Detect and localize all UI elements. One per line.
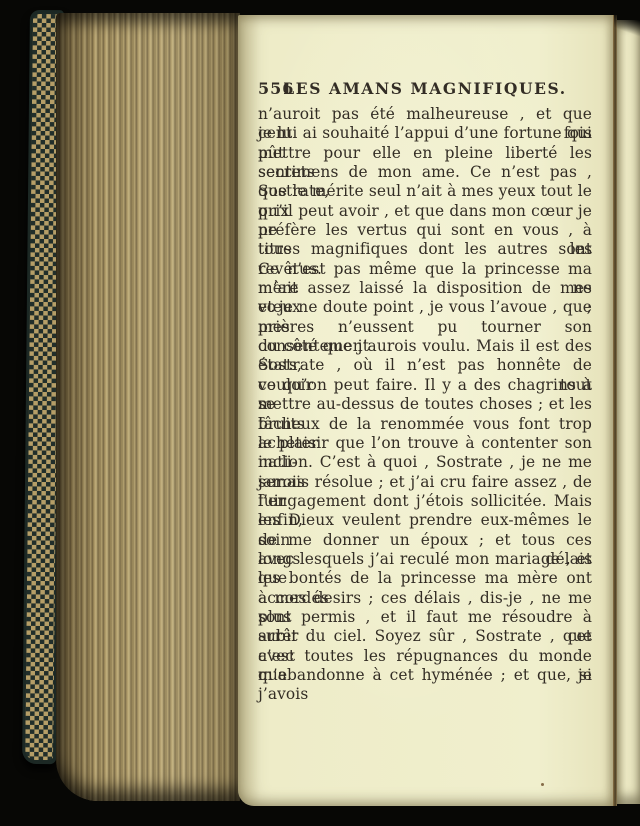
text-line: sentimens de mon ame. Ce n’est pas , Sos… bbox=[258, 163, 592, 182]
text-line: prières n’eussent pu tourner son consent… bbox=[258, 318, 592, 337]
text-line: Ce n’est pas même que la princesse ma mè… bbox=[258, 260, 592, 279]
text-line: m’abandonne à cet hyménée ; et que, si j… bbox=[258, 666, 592, 685]
text-line: le plaisir que l’on trouve à contenter s… bbox=[258, 434, 592, 453]
top-right-shadow bbox=[614, 0, 640, 42]
text-line: je lui ai souhaité l’appui d’une fortune… bbox=[258, 124, 592, 143]
text-line: m’ait assez laissé la disposition de mes… bbox=[258, 279, 592, 298]
text-line: de me donner un époux ; et tous ces long… bbox=[258, 531, 592, 550]
scan-speck bbox=[541, 783, 544, 786]
text-line: fâcheux de la renommée vous font trop ac… bbox=[258, 415, 592, 434]
running-header: 556 LES AMANS MAGNIFIQUES. bbox=[258, 79, 592, 101]
text-line: et je ne doute point , je vous l’avoue ,… bbox=[258, 298, 592, 317]
text-line: mettre pour elle en pleine liberté les s… bbox=[258, 144, 592, 163]
text-line: jamais résolue ; et j’ai cru faire assez… bbox=[258, 473, 592, 492]
scan-background: 556 LES AMANS MAGNIFIQUES. n’auroit pas … bbox=[0, 0, 640, 826]
text-line: l’engagement dont j’étois sollicitée. Ma… bbox=[258, 492, 592, 511]
text-line: titres magnifiques dont les autres sont … bbox=[258, 240, 592, 259]
text-line: Sostrate , où il n’est pas honnête de vo… bbox=[258, 356, 592, 375]
text-line: à mes desirs ; ces délais , dis-je , ne … bbox=[258, 589, 592, 608]
text-line: mettre au-dessus de toutes choses ; et l… bbox=[258, 395, 592, 414]
text-line: qu’il peut avoir , et que dans mon cœur … bbox=[258, 202, 592, 221]
text-line: les Dieux veulent prendre eux-mêmes le s… bbox=[258, 511, 592, 530]
text-line: du côté que j’aurois voulu. Mais il est … bbox=[258, 337, 592, 356]
text-line: avec lesquels j’ai reculé mon mariage , … bbox=[258, 550, 592, 569]
body-text: n’auroit pas été malheureuse , et que ce… bbox=[258, 105, 592, 685]
text-line: que le mérite seul n’ait à mes yeux tout… bbox=[258, 182, 592, 201]
text-line: n’auroit pas été malheureuse , et que ce… bbox=[258, 105, 592, 124]
facing-page-edge bbox=[617, 20, 640, 804]
text-line: préfère les vertus qui sont en vous , à … bbox=[258, 221, 592, 240]
text-line: arrêt du ciel. Soyez sûr , Sostrate , qu… bbox=[258, 627, 592, 646]
text-line: les bontés de la princesse ma mère ont a… bbox=[258, 569, 592, 588]
stacked-page-edges bbox=[56, 13, 240, 801]
text-line: avec toutes les répugnances du monde que… bbox=[258, 647, 592, 666]
text-line: ce qu’on peut faire. Il y a des chagrins… bbox=[258, 376, 592, 395]
text-line: plus permis , et il faut me résoudre à s… bbox=[258, 608, 592, 627]
running-title: LES AMANS MAGNIFIQUES. bbox=[258, 79, 592, 98]
book-page: 556 LES AMANS MAGNIFIQUES. n’auroit pas … bbox=[238, 15, 613, 806]
page-content: 556 LES AMANS MAGNIFIQUES. n’auroit pas … bbox=[258, 79, 592, 685]
text-line: nation. C’est à quoi , Sostrate , je ne … bbox=[258, 453, 592, 472]
